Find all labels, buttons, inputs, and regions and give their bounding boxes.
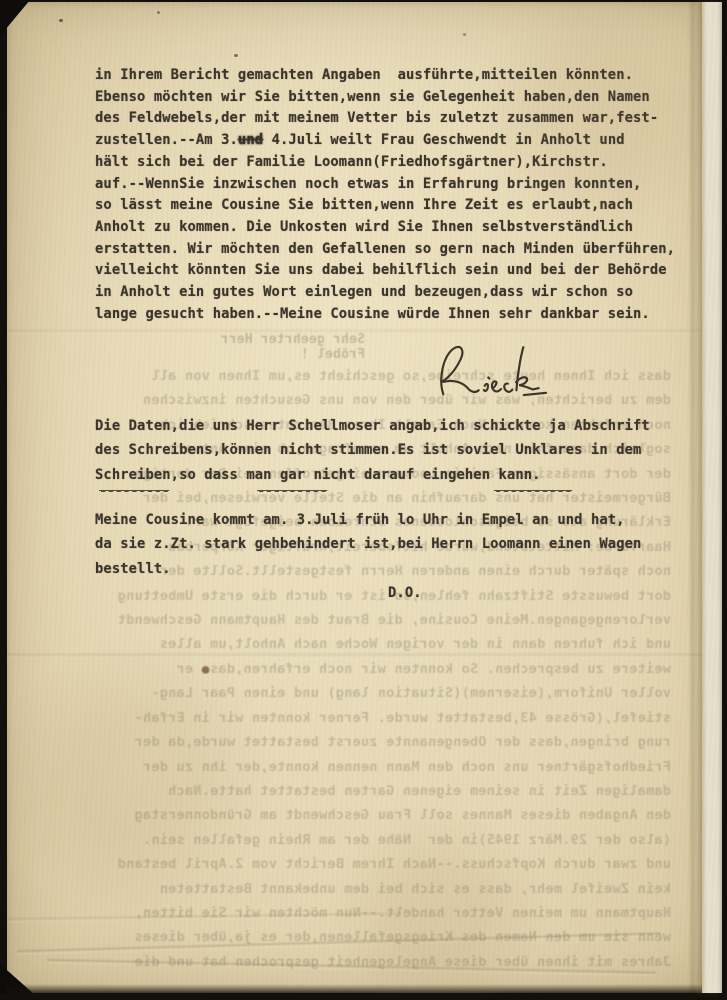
strikeout-mark: ---------- [494,483,572,499]
paper-crease [7,328,723,336]
paragraph-main-lines-b: hält sich bei der Familie Loomann(Friedh… [95,152,695,326]
strikeout-mark: --------- [99,483,169,499]
date-line-pre: zustellen.--Am 3. [95,132,238,148]
closing-initials: D.O. [388,585,422,601]
bleedthrough-salutation: Sehr geehrter Herr Fröbel ! [215,332,365,362]
letter-paper: Sehr geehrter Herr Fröbel ! dass ich Ihn… [7,2,723,993]
paragraph-main-date-line: zustellen.--Am 3.und 4.Juli weilt Frau G… [95,130,695,152]
paper-speck [234,54,238,57]
date-line-overstruck-word: und [238,132,263,148]
paragraph-arrival: Meine Cousine kommt am. 3.Juli früh lo U… [95,508,695,581]
paragraph-main: in Ihrem Bericht gemachten Angaben ausfü… [95,65,695,325]
paragraph-main-lines-a: in Ihrem Bericht gemachten Angaben ausfü… [95,65,695,130]
date-line-post: 4.Juli weilt Frau Geschwendt in Anholt u… [263,132,624,148]
page-edge-strip [702,2,723,993]
scan-corner-shadow [0,0,30,36]
paragraph-schellmoser: Die Daten,die uns Herr Schellmoser angab… [95,414,695,487]
paper-speck [157,11,160,14]
strikeout-mark: --------- [257,483,327,499]
paper-speck [463,33,466,36]
paper-speck [59,19,63,22]
signature-handwriting-rieck [434,337,559,403]
scan-edge-shadow [7,984,723,994]
scan-edge-shadow [722,2,727,993]
